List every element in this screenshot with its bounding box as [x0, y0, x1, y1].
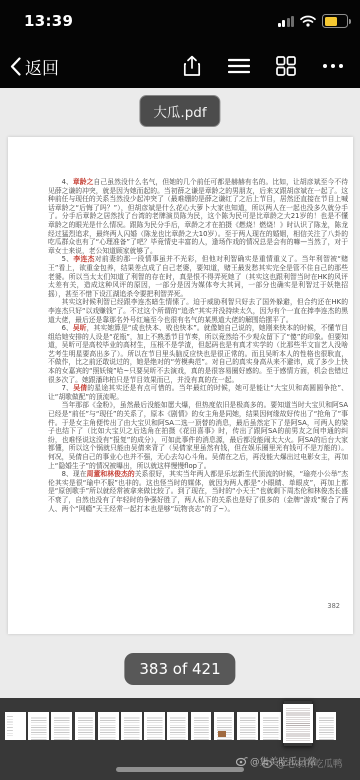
- weibo-icon: [262, 758, 274, 768]
- pdf-paragraph: 其实这时候利智已经跟李连杰暗生情愫了。迫于威胁利智只好去了国外躲避，但合约还在H…: [48, 298, 348, 324]
- back-label: 返回: [25, 54, 59, 79]
- thumbnail-page[interactable]: [121, 708, 142, 744]
- wifi-icon: [300, 15, 316, 27]
- share-icon[interactable]: [182, 55, 202, 77]
- cellular-signal-icon: [278, 16, 295, 27]
- watermark: @集美吃瓜日常 @宅家的吃瓜鸭: [236, 750, 356, 772]
- back-button[interactable]: 返回: [10, 54, 59, 79]
- thumbnail-page[interactable]: [214, 708, 235, 744]
- page-indicator-chip: 383 of 421: [124, 653, 235, 685]
- grid-icon[interactable]: [276, 56, 296, 76]
- pdf-paragraph: 7、吴倩的星途其实还是有点可惜的。当年最红的时候，她可是能让“大宝贝和高圆圆争抢…: [48, 384, 348, 401]
- thumbnail-current-page[interactable]: [283, 700, 313, 747]
- thumbnail-page[interactable]: [51, 708, 72, 744]
- nav-actions: [182, 55, 344, 77]
- weibo-icon: [236, 756, 248, 766]
- pdf-paragraph: 当年那部《金粉》，虽然最后没能如愿大爆，但热度依旧是极高多的。要知道当时大宝贝和…: [48, 401, 348, 470]
- pdf-paragraph: 4、章龄之自己虽然没什么名气，但她的几个前任可都是赫赫有名的。比如，让胡彦斌至今…: [48, 178, 348, 255]
- status-icons: [278, 14, 349, 28]
- pdf-viewer: 大瓜.pdf 4、章龄之自己虽然没什么名气，但她的几个前任可都是赫赫有名的。比如…: [0, 88, 360, 698]
- thumbnail-page[interactable]: [28, 708, 49, 744]
- clock: 13:39: [24, 12, 73, 30]
- chevron-left-icon: [10, 57, 21, 76]
- thumbnail-bar: @集美吃瓜日常 @宅家的吃瓜鸭: [0, 698, 360, 780]
- more-icon[interactable]: [322, 63, 344, 69]
- phone-screen: 13:39 返回: [0, 0, 360, 780]
- thumbnail-page[interactable]: [260, 708, 281, 744]
- thumbnail-page[interactable]: [98, 708, 119, 744]
- list-icon[interactable]: [228, 57, 250, 75]
- thumbnail-page[interactable]: [144, 708, 165, 744]
- battery-icon: [322, 14, 348, 28]
- pdf-paragraph: 6、吴昕，其实她算是“成也快本、败也快本”。就像她自己说的，她刚来快本的时候，不…: [48, 324, 348, 384]
- pdf-page[interactable]: 4、章龄之自己虽然没什么名气，但她的几个前任可都是赫赫有名的。比如，让胡彦斌至今…: [8, 137, 353, 634]
- watermark-text-2: @宅家的吃瓜鸭: [276, 756, 343, 770]
- status-bar: 13:39: [0, 0, 360, 44]
- document-title-chip: 大瓜.pdf: [139, 95, 220, 127]
- thumbnail-page[interactable]: [191, 708, 212, 744]
- pdf-text: 4、章龄之自己虽然没什么名气，但她的几个前任可都是赫赫有名的。比如，让胡彦斌至今…: [48, 178, 348, 513]
- pdf-paragraph: 5、李连杰对前妻的那一段情事虽并不光彩，但他对利智确实是重情重义了。当年利智被“…: [48, 255, 348, 298]
- thumbnail-page[interactable]: [316, 708, 337, 744]
- page-footer-number: 382: [327, 602, 340, 610]
- thumbnail-page[interactable]: [167, 708, 188, 744]
- nav-bar: 返回: [0, 44, 360, 88]
- thumbnail-page[interactable]: [237, 708, 258, 744]
- thumbnail-page[interactable]: [5, 708, 26, 744]
- pdf-paragraph: 8、现在周董和林俊杰的关系很好，其实当年两人都是乐坛新生代顶流的时候，“瑜亮小公…: [48, 470, 348, 513]
- thumbnail-scrollbar[interactable]: [116, 767, 244, 772]
- thumbnail-page[interactable]: [75, 708, 96, 744]
- thumbnail-row: [5, 708, 336, 747]
